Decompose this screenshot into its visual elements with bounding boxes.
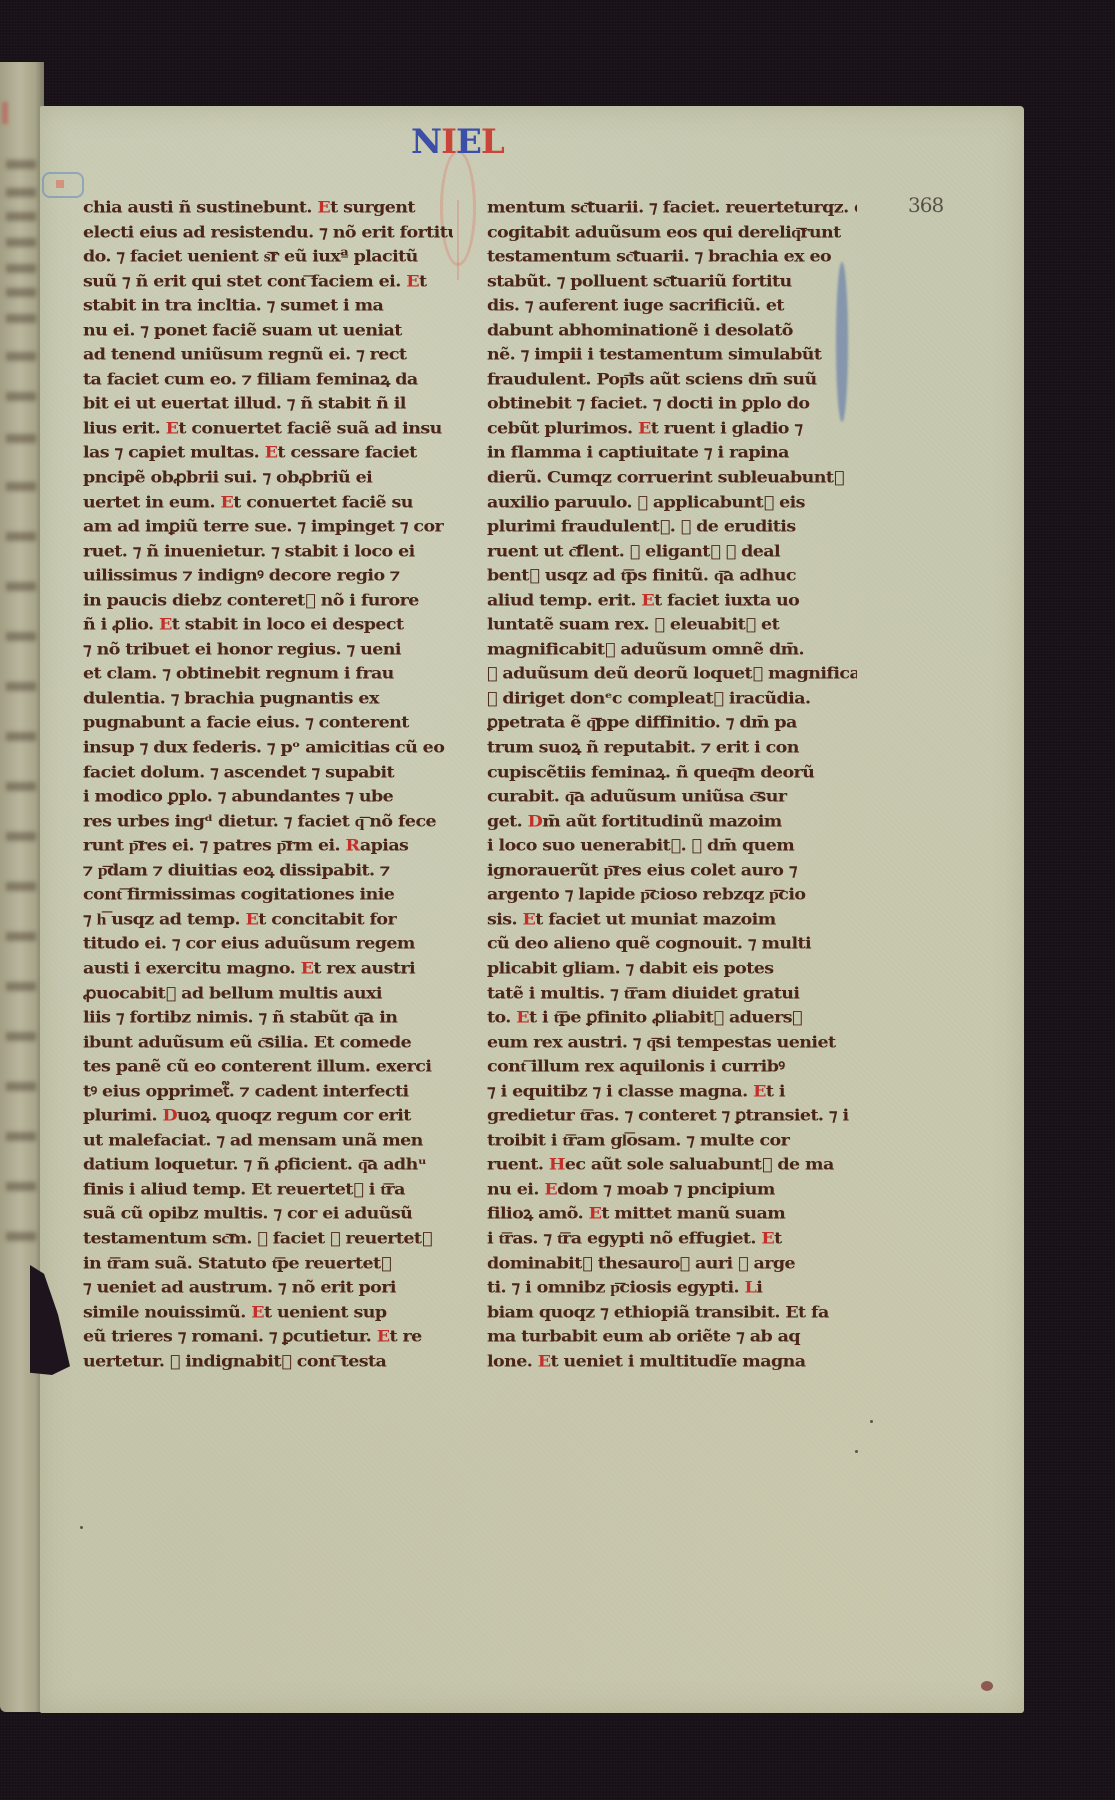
rubric-initial: E [641,592,654,610]
speck [80,1526,83,1529]
text-line: troibit i t͞ram gl͞osam. ⁊ multe cor [487,1130,857,1153]
text-line: luntatẽ suam rex. ⁊ eleuabit᷑ et [487,614,857,637]
text-line: bit ei ut euertat illud. ⁊ ñ stabit ñ il [83,393,453,416]
text-line: las ⁊ capiet multas. Et cessare faciet [83,442,453,465]
rubric-initial: H [549,1156,565,1174]
text-line: ta faciet cum eo. ⁊ filiam feminaꝝ da [83,369,453,392]
text-bleed [6,392,36,401]
text-line: ma turbabit eum ab oriẽte ⁊ ab aq [487,1326,857,1349]
rubric-initial: R [346,837,360,855]
text-line: stabit in tra incltia. ⁊ sumet i ma [83,295,453,318]
text-line: in paucis diebz conteret᷑ nõ i furore [83,590,453,613]
text-line: in t͞ram suã. Statuto t͞pe reuertet᷑ [83,1252,453,1275]
text-bleed [6,732,36,741]
red-guide-line [457,200,459,280]
text-line: nu ei. ⁊ ponet faciẽ suam ut ueniat [83,320,453,343]
text-line: ruet. ⁊ ñ inuenietur. ⁊ stabit i loco ei [83,541,453,564]
text-line: simile nouissimũ. Et uenient sup [83,1302,453,1325]
text-line: stabũt. ⁊ polluent sc͞tuariũ fortitu [487,271,857,294]
text-bleed [6,1132,36,1141]
text-bleed [6,1032,36,1041]
text-bleed [6,238,36,247]
text-line: tes panẽ cũ eo conterent illum. exerci [83,1056,453,1079]
text-bleed [6,982,36,991]
text-bleed [6,188,36,197]
text-line: liis ⁊ fortibz nimis. ⁊ ñ stabũt q͞a in [83,1007,453,1030]
text-line: i t͞ras. ⁊ t͞ra egypti nõ effugiet. Et [487,1228,857,1251]
text-line: ⁊ aduũsum deũ deorũ loquet᷑ magnifica [487,663,857,686]
text-line: aliud temp. erit. Et faciet iuxta uo [487,590,857,613]
text-line: ruent. Hec aũt sole saluabunt᷑ de ma [487,1154,857,1177]
text-bleed [6,1232,36,1241]
text-line: ⁊ h͞ usqz ad temp. Et concitabit for [83,909,453,932]
text-line: biam quoqz ⁊ ethiopiã transibit. Et fa [487,1302,857,1325]
rubric-initial: E [377,1328,390,1346]
text-line: electi eius ad resistendu. ⁊ nõ erit for… [83,222,453,245]
text-line: i loco suo uenerabit᷑. ⁊ dm̄ quem [487,835,857,858]
text-line: cupiscẽtiis feminaꝝ. ñ queq͞m deorũ [487,762,857,785]
rubric-initial: E [301,960,314,978]
text-line: chia austi ñ sustinebunt. Et surgent [83,197,453,220]
text-line: argento ⁊ lapide p͞cioso rebzqz p͞cio [487,884,857,907]
speck [870,1420,873,1423]
text-line: austi i exercitu magno. Et rex austri [83,958,453,981]
text-bleed [6,314,36,323]
header-letter: N [411,122,441,162]
rubric-initial: E [245,911,258,929]
text-line: get. Dm̄ aũt fortitudinũ mazoim [487,811,857,834]
text-line: dominabit᷑ thesauroꝝ auri ⁊ arge [487,1252,857,1275]
text-line: dierũ. Cumqz corruerint subleuabunt᷑ [487,467,857,490]
rubric-initial: E [251,1303,264,1321]
text-bleed [6,1182,36,1191]
text-line: ñ i ꝓlio. Et stabit in loco ei despect [83,614,453,637]
text-line: filioꝝ amõ. Et mittet manũ suam [487,1203,857,1226]
text-line: finis i aliud temp. Et reuertet᷑ i t͞ra [83,1179,453,1202]
text-line: ⁊ ueniet ad austrum. ⁊ nõ erit pori [83,1277,453,1300]
text-line: eũ trieres ⁊ romani. ⁊ ꝑcutietur. Et re [83,1326,453,1349]
header-letter: E [456,122,481,162]
text-bleed [6,160,36,169]
text-line: cebũt plurimos. Et ruent i gladio ⁊ [487,418,857,441]
rubric-initial: E [761,1230,774,1248]
rubric-initial: E [159,616,172,634]
text-line: obtinebit ⁊ faciet. ⁊ docti in ꝑplo do [487,393,857,416]
text-line: ⁊ nõ tribuet ei honor regius. ⁊ ueni [83,639,453,662]
text-bleed [6,832,36,841]
text-bleed [6,932,36,941]
text-line: pncipẽ obꝓbrii sui. ⁊ obꝓbriũ ei [83,467,453,490]
rubric-initial: E [523,911,536,929]
rubric-initial: E [265,444,278,462]
text-line: et clam. ⁊ obtinebit regnum i frau [83,663,453,686]
text-bleed [6,212,36,221]
text-line: to. Et i t͞pe ꝑfinito ꝓliabit᷑ aduersꝰ [487,1007,857,1030]
text-line: dulentia. ⁊ brachia pugnantis ex [83,688,453,711]
text-line: cont͞ illum rex aquilonis i curribꝰ [487,1056,857,1079]
text-bleed [6,352,36,361]
text-bleed [6,434,36,443]
text-line: datium loquetur. ⁊ ñ ꝓficient. q͞a adhᵘ [83,1154,453,1177]
running-header: NIEL [411,122,504,162]
text-line: testamentum sc͞tuarii. ⁊ brachia ex eo [487,246,857,269]
text-bleed [6,682,36,691]
rubric-initial: L [745,1279,757,1297]
folio-number: 368 [908,193,943,217]
text-line: cogitabit aduũsum eos qui dereliq͞runt [487,222,857,245]
text-line: ⁊ p͞dam ⁊ diuitias eoꝝ dissipabit. ⁊ [83,860,453,883]
text-line: faciet dolum. ⁊ ascendet ⁊ supabit [83,762,453,785]
ink-stain [981,1681,993,1691]
text-line: plicabit gliam. ⁊ dabit eis potes [487,958,857,981]
text-line: curabit. q͞a aduũsum uniũsa c͞sur [487,786,857,809]
text-bleed [6,782,36,791]
text-line: ꝑpetrata ẽ q͞ppe diffinitio. ⁊ dm̄ pa [487,712,857,735]
text-line: uertetur. ⁊ indignabit᷑ cont͞ testa [83,1351,453,1374]
text-line: nẽ. ⁊ impii i testamentum simulabũt [487,344,857,367]
text-line: fraudulent. Pop͞ls aũt sciens dm̄ suũ [487,369,857,392]
rubric-initial: D [528,812,543,830]
text-line: ꝓuocabit᷑ ad bellum multis auxi [83,982,453,1005]
text-line: in flamma i captiuitate ⁊ i rapina [487,442,857,465]
text-line: gredietur t͞ras. ⁊ conteret ⁊ ꝑtransiet.… [487,1105,857,1128]
text-line: insup ⁊ dux federis. ⁊ pᵒ amicitias cũ e… [83,737,453,760]
text-line: tꝰ eius opprimet᷑. ⁊ cadent interfecti [83,1081,453,1104]
rubric-initial: E [589,1205,602,1223]
text-line: ruent ut c͞flent. ⁊ eligant᷑ ⁊ deal [487,541,857,564]
text-line: ⁊ i equitibz ⁊ i classe magna. Et i [487,1081,857,1104]
text-bleed [6,632,36,641]
text-line: lone. Et ueniet i multitudĩe magna [487,1351,857,1374]
rubric-initial: D [162,1107,177,1125]
text-bleed [6,288,36,297]
text-line: ut malefaciat. ⁊ ad mensam unã men [83,1130,453,1153]
text-line: ibunt aduũsum eũ c͞silia. Et comede [83,1032,453,1055]
text-line: i modico ꝑplo. ⁊ abundantes ⁊ ube [83,786,453,809]
text-column-right: mentum sc͞tuarii. ⁊ faciet. reuerteturqz… [487,196,857,1374]
text-line: res urbes ingᵈ dietur. ⁊ faciet q͞ nõ fe… [83,811,453,834]
text-line: titudo ei. ⁊ cor eius aduũsum regem [83,933,453,956]
text-line: dis. ⁊ auferent iuge sacrificiũ. et [487,295,857,318]
header-letter: L [481,122,504,162]
text-line: mentum sc͞tuarii. ⁊ faciet. reuerteturqz… [487,197,857,220]
text-bleed [6,582,36,591]
rubric-initial: E [406,272,419,290]
text-column-left: chia austi ñ sustinebunt. Et surgentelec… [83,196,453,1374]
red-mark [2,102,8,124]
rubric-initial: E [753,1083,766,1101]
rubric-initial: E [317,199,330,217]
text-bleed [6,264,36,273]
text-line: ⁊ diriget donᵉc compleat᷑ iracũdia. [487,688,857,711]
text-line: runt p͞res ei. ⁊ patres p͞rm ei. Rapias [83,835,453,858]
text-line: ti. ⁊ i omnibz p͞ciosis egypti. Li [487,1277,857,1300]
text-line: auxilio paruulo. ⁊ applicabunt᷑ eis [487,492,857,515]
text-line: plurimi. Duoꝝ quoqz regum cor erit [83,1105,453,1128]
text-line: am ad imꝑiũ terre sue. ⁊ impinget ⁊ cor [83,516,453,539]
text-line: dabunt abhominationẽ i desolatõ [487,320,857,343]
rubric-initial: E [544,1181,557,1199]
text-line: sis. Et faciet ut muniat mazoim [487,909,857,932]
text-line: cont͞ firmissimas cogitationes inie [83,884,453,907]
text-bleed [6,532,36,541]
previous-leaf-edge [0,62,44,1712]
text-bleed [6,482,36,491]
text-line: pugnabunt a facie eius. ⁊ conterent [83,712,453,735]
text-line: cũ deo alieno quẽ cognouit. ⁊ multi [487,933,857,956]
text-line: testamentum sc͞m. ⁊ faciet ⁊ reuertet᷑ [83,1228,453,1251]
offset-initial-mark [42,172,84,198]
text-line: plurimi fraudulent᷑. ⁊ de eruditis [487,516,857,539]
text-line: ad tenend uniũsum regnũ ei. ⁊ rect [83,344,453,367]
rubric-initial: E [516,1009,529,1027]
text-line: ignorauerũt p͞res eius colet auro ⁊ [487,860,857,883]
text-line: do. ⁊ faciet uenient s͞r eũ iuxª placitũ [83,246,453,269]
text-line: eum rex austri. ⁊ q͞si tempestas ueniet [487,1032,857,1055]
rubric-initial: E [538,1353,551,1371]
text-line: lius erit. Et conuertet faciẽ suã ad ins… [83,418,453,441]
text-bleed [6,1082,36,1091]
text-line: suũ ⁊ ñ erit qui stet cont͞ faciem ei. E… [83,271,453,294]
text-line: tatẽ i multis. ⁊ t͞ram diuidet gratui [487,982,857,1005]
text-line: bent᷑ usqz ad t͞ps finitũ. q͞a adhuc [487,565,857,588]
rubric-initial: E [638,420,651,438]
speck [855,1450,858,1453]
rubric-initial: E [166,420,179,438]
rubric-initial: E [221,493,234,511]
header-letter: I [441,122,456,162]
text-line: trum suoꝝ ñ reputabit. ⁊ erit i con [487,737,857,760]
text-line: suã cũ opibz multis. ⁊ cor ei aduũsũ [83,1203,453,1226]
text-line: nu ei. Edom ⁊ moab ⁊ pncipium [487,1179,857,1202]
text-line: uilissimus ⁊ indignꝰ decore regio ⁊ [83,565,453,588]
text-bleed [6,882,36,891]
text-line: uertet in eum. Et conuertet faciẽ su [83,492,453,515]
text-line: magnificabit᷑ aduũsum omnẽ dm̄. [487,639,857,662]
